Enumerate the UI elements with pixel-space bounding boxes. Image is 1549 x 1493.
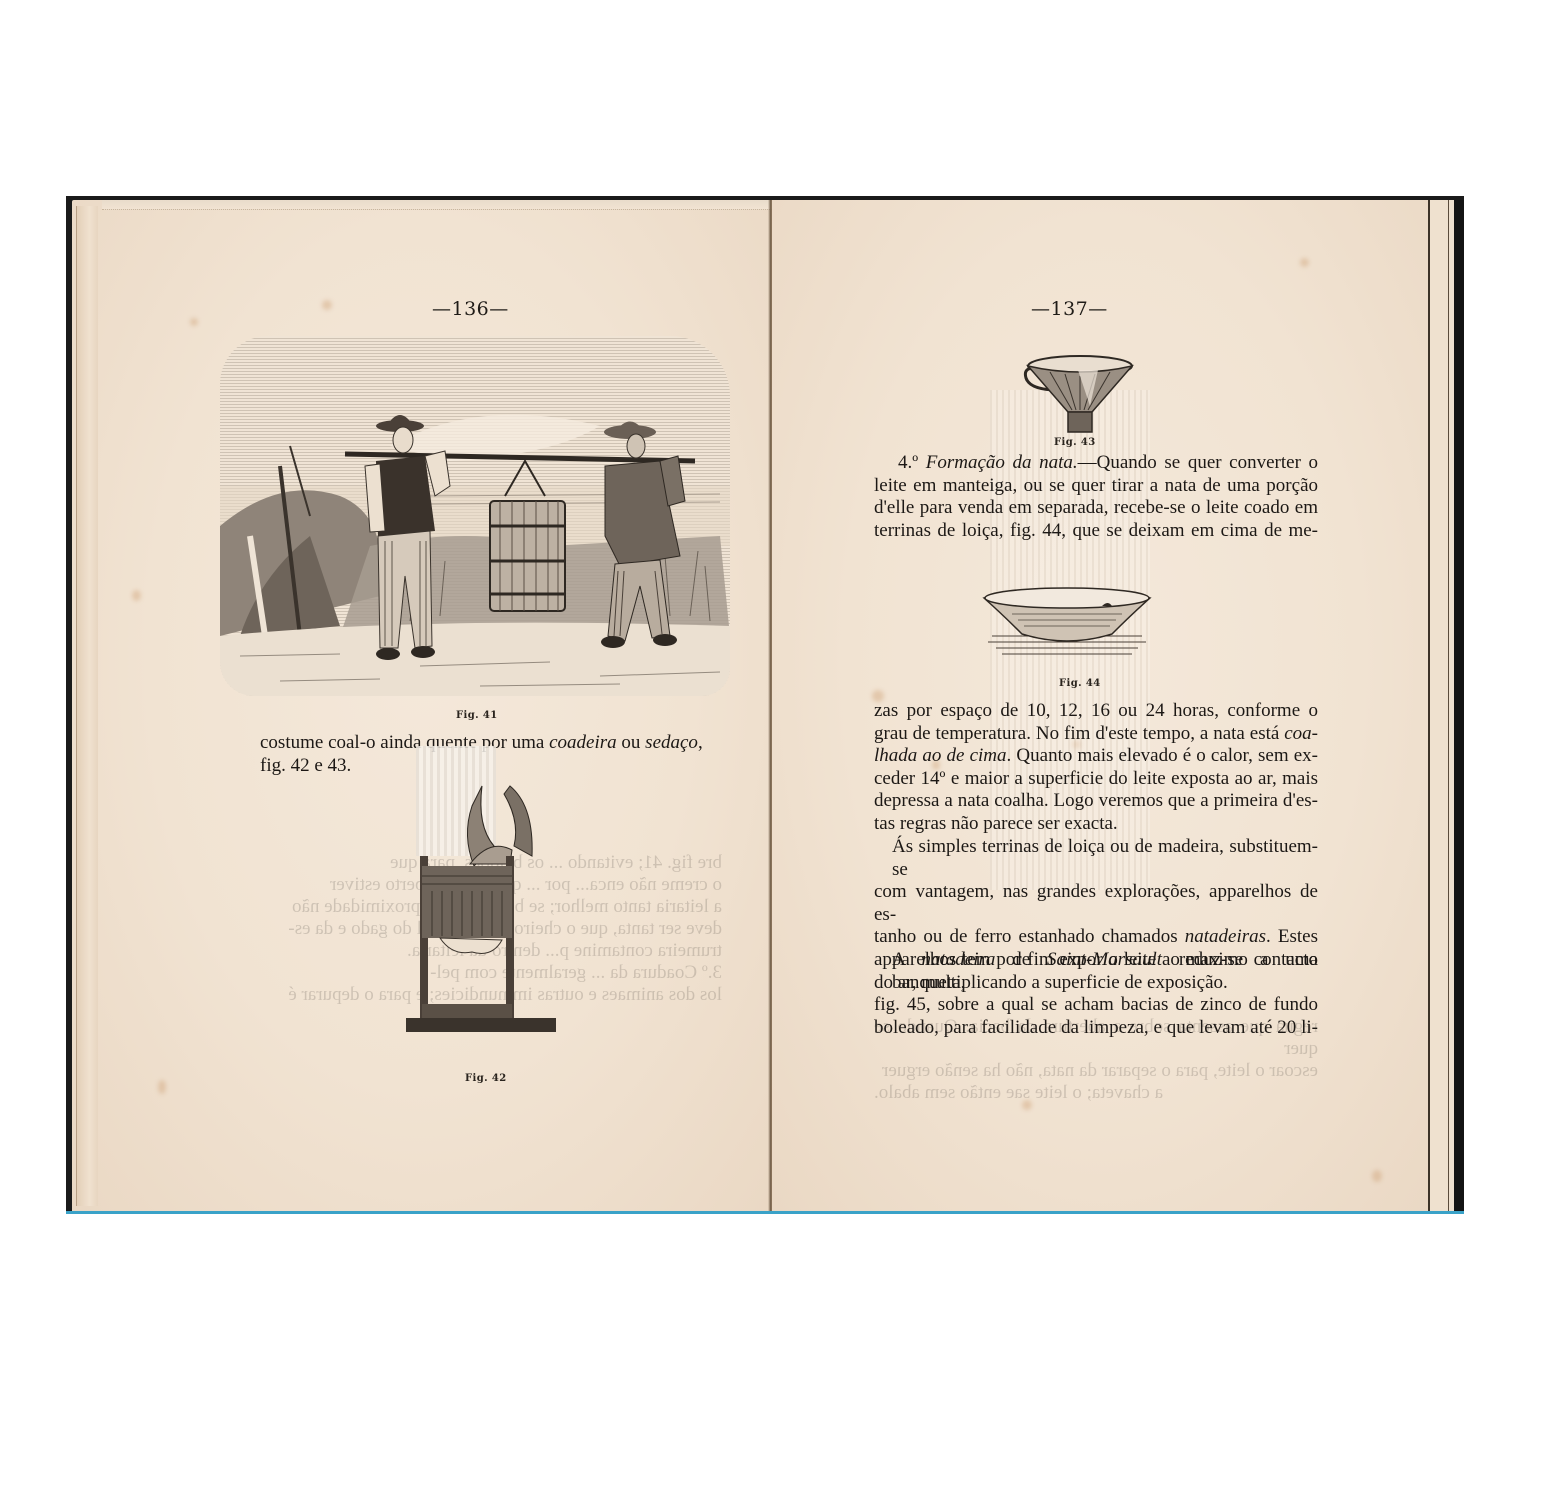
page-number: —137— — [1031, 298, 1108, 320]
right-page: —137— Fig. 43 4.º Formação da nata.—Quan… — [772, 200, 1436, 1211]
page-stack-edge — [1428, 200, 1464, 1211]
text-line: lhada ao de cima. Quanto mais elevado é … — [874, 745, 1318, 768]
figure-caption: Fig. 42 — [465, 1073, 507, 1084]
text-line: depressa a nata coalha. Logo veremos que… — [874, 790, 1318, 813]
figure-41-engraving — [220, 336, 730, 696]
figure-caption: Fig. 43 — [1054, 437, 1096, 448]
text-line: 4.º Formação da nata.—Quando se quer con… — [874, 452, 1318, 475]
page-number: —136— — [432, 298, 509, 320]
text-line: tanho ou de ferro estanhado chamados nat… — [874, 926, 1318, 949]
text-line: d'elle para venda em separada, recebe-se… — [874, 497, 1318, 520]
text-line: grau de temperatura. No fim d'este tempo… — [874, 723, 1318, 746]
figure-caption: Fig. 41 — [456, 710, 498, 721]
text-line: ceder 14º e maior a superficie do leite … — [874, 768, 1318, 791]
text-line: zas por espaço de 10, 12, 16 ou 24 horas… — [874, 700, 1318, 723]
text-line: leite em manteiga, ou se quer tirar a na… — [874, 475, 1318, 498]
left-page: —136— — [72, 200, 772, 1211]
page-top-edge — [102, 200, 772, 210]
figure-42-strainer-stand — [402, 746, 562, 1046]
paragraph-formacao-continued: zas por espaço de 10, 12, 16 ou 24 horas… — [874, 700, 1318, 836]
open-book: —136— — [66, 196, 1464, 1214]
bleed-through-text: regua que assenta sobre a abertura da ba… — [874, 1016, 1318, 1104]
text-line: com vantagem, nas grandes explorações, a… — [874, 881, 1318, 926]
scan-bottom-edge — [66, 1211, 1464, 1214]
page-fold-edge — [76, 206, 98, 1206]
text-line: terrinas de loiça, fig. 44, que se deixa… — [874, 520, 1318, 543]
text-line: tas regras não parece ser exacta. — [874, 813, 1318, 836]
paragraph-formacao-da-nata: 4.º Formação da nata.—Quando se quer con… — [874, 452, 1318, 542]
figure-44-bowl — [982, 584, 1152, 679]
text-line: fig. 45, sobre a qual se acham bacias de… — [874, 994, 1318, 1017]
figure-43-funnel — [1020, 350, 1140, 450]
figure-caption: Fig. 44 — [1059, 678, 1101, 689]
text-line: Ás simples terrinas de loiça ou de madei… — [874, 836, 1318, 881]
text-line: A natadeira de Saint-Marsault reduz-se a… — [874, 949, 1318, 994]
